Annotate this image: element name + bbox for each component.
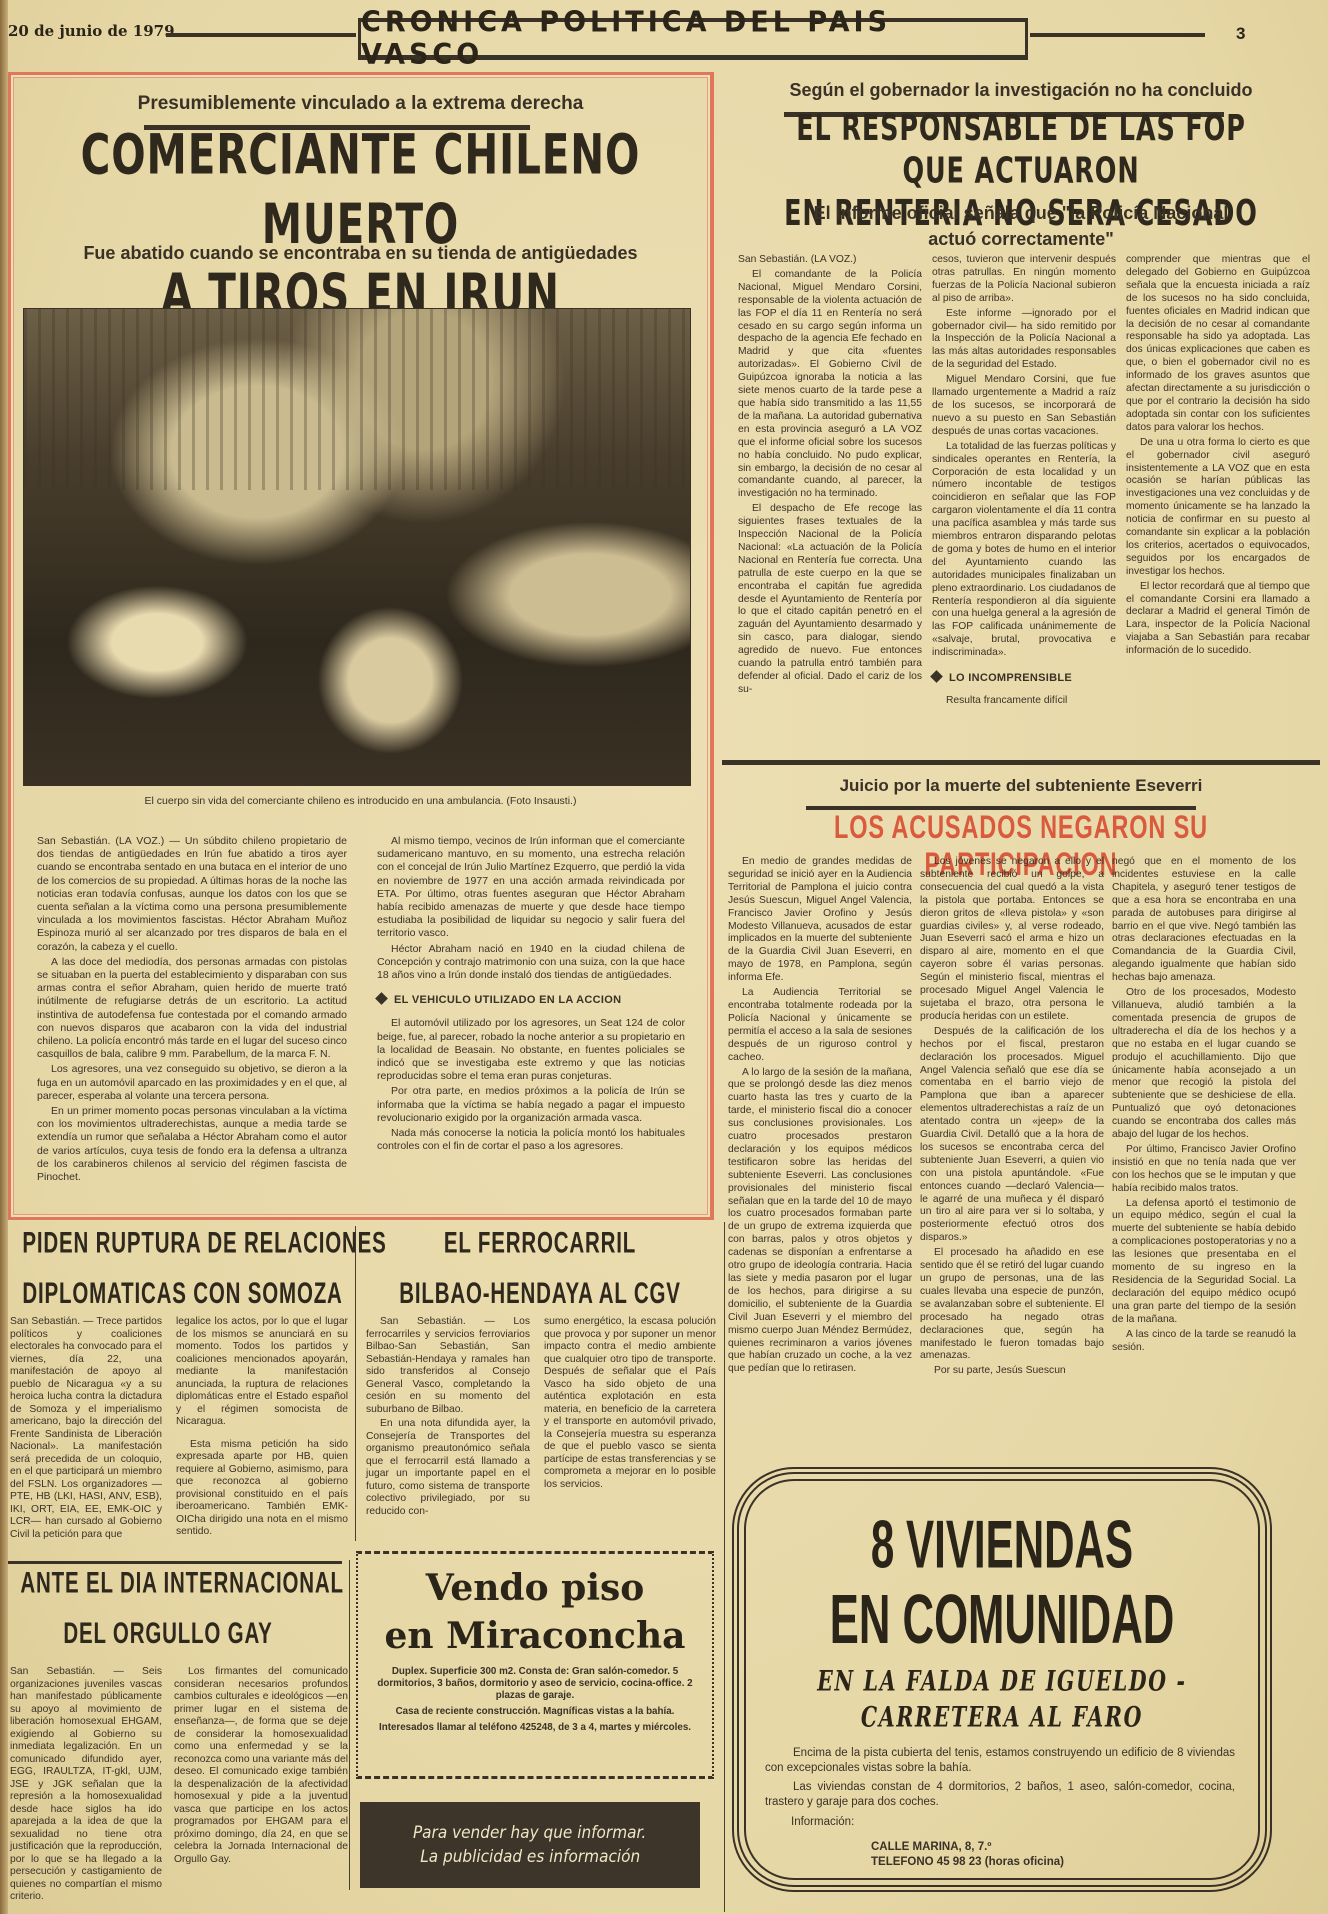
paragraph: A las cinco de la tarde se reanudó la se…: [1112, 1329, 1296, 1355]
masthead-rule-left: [166, 33, 356, 37]
paragraph: A lo largo de la sesión de la mañana, qu…: [728, 1067, 912, 1377]
ad-contact: CALLE MARINA, 8, 7.º TELEFONO 45 98 23 (…: [871, 1840, 1064, 1870]
lead-story-chilean-merchant: Presumiblemente vinculado a la extrema d…: [8, 72, 714, 1220]
ad-title-line: en Miraconcha: [358, 1612, 712, 1660]
paragraph: San Sebastián. — Los ferrocarriles y ser…: [366, 1316, 530, 1416]
paragraph: Nada más conocerse la noticia la policía…: [377, 1127, 685, 1153]
gay-column-2: Los firmantes del comunicado consideran …: [174, 1666, 348, 1868]
paragraph: Después de la calificación de los hechos…: [920, 1026, 1104, 1245]
paragraph: En un primer momento pocas personas vinc…: [37, 1105, 347, 1184]
masthead: 20 de junio de 1979 CRONICA POLITICA DEL…: [8, 18, 1318, 64]
fop-column-2: cesos, tuvieron que intervenir después o…: [932, 254, 1116, 710]
paragraph: El automóvil utilizado por los agresores…: [377, 1017, 685, 1083]
fop-subhead: LO INCOMPRENSIBLE: [932, 672, 1116, 685]
diamond-bullet-icon: [375, 992, 388, 1005]
section-title: CRONICA POLITICA DEL PAIS VASCO: [361, 6, 1025, 71]
paragraph: De una u otra forma lo cierto es que el …: [1126, 437, 1310, 579]
column-divider: [349, 1560, 350, 1890]
section-title-box: CRONICA POLITICA DEL PAIS VASCO: [358, 18, 1028, 60]
trial-column-2: Los jóvenes se negaron a ello y el subte…: [920, 856, 1104, 1380]
headline-line: EL FERROCARRIL: [392, 1218, 687, 1268]
somoza-column-2: legalice los actos, por lo que el lugar …: [176, 1316, 348, 1541]
story-orgullo-gay: ANTE EL DIA INTERNACIONAL DEL ORGULLO GA…: [8, 1566, 348, 1896]
paragraph: legalice los actos, por lo que el lugar …: [176, 1316, 348, 1429]
subhead-text: EL VEHICULO UTILIZADO EN LA ACCION: [394, 994, 621, 1006]
ad-title-line: Vendo piso: [358, 1564, 712, 1612]
issue-date: 20 de junio de 1979: [8, 22, 175, 40]
trial-column-1: En medio de grandes medidas de seguridad…: [728, 856, 912, 1378]
paragraph: En medio de grandes medidas de seguridad…: [728, 856, 912, 985]
paragraph: Por otra parte, en medios próximos a la …: [377, 1085, 685, 1125]
paragraph: Héctor Abraham nació en 1940 en la ciuda…: [377, 943, 685, 983]
ad-phone: TELEFONO 45 98 23 (horas oficina): [871, 1855, 1064, 1870]
story-eseverri-trial: Juicio por la muerte del subteniente Ese…: [722, 766, 1320, 1426]
trial-kicker: Juicio por la muerte del subteniente Ese…: [722, 776, 1320, 796]
caption-text: El cuerpo sin vida del comerciante chile…: [145, 795, 504, 807]
paragraph: La defensa aportó el testimonio de un eq…: [1112, 1198, 1296, 1327]
ad-paragraph: Interesados llamar al teléfono 425248, d…: [376, 1722, 694, 1734]
ad-address: CALLE MARINA, 8, 7.º: [871, 1840, 1064, 1855]
lead-deck: Fue abatido cuando se encontraba en su t…: [11, 243, 710, 264]
trial-column-3: negó que en el momento de los incidentes…: [1112, 856, 1296, 1356]
headline-line: DIPLOMATICAS CON SOMOZA: [22, 1268, 317, 1318]
page-number: 3: [1236, 24, 1245, 44]
lead-column-1: San Sebastián. (LA VOZ.) — Un súbdito ch…: [37, 835, 347, 1186]
ad-body: Encima de la pista cubierta del tenis, e…: [765, 1746, 1235, 1814]
diamond-bullet-icon: [930, 670, 943, 683]
paragraph: Al mismo tiempo, vecinos de Irún informa…: [377, 835, 685, 941]
dateline: San Sebastián. (LA VOZ.): [738, 254, 922, 267]
headline-line: ANTE EL DIA INTERNACIONAL: [20, 1558, 315, 1608]
ferro-column-2: sumo energético, la escasa polución que …: [544, 1316, 716, 1493]
paragraph: San Sebastián. — Seis organizaciones juv…: [10, 1666, 162, 1904]
ad-location-line: EN LA FALDA DE IGUELDO -: [778, 1664, 1225, 1697]
newspaper-page: 20 de junio de 1979 CRONICA POLITICA DEL…: [0, 0, 1328, 1914]
paragraph: En una nota difundida ayer, la Consejerí…: [366, 1418, 530, 1518]
ad-location-line: CARRETERA AL FARO: [778, 1700, 1225, 1733]
photo-texture: [24, 309, 690, 490]
paragraph: comprender que mientras que el delegado …: [1126, 254, 1310, 435]
column-divider: [724, 1222, 725, 1912]
gay-headline: ANTE EL DIA INTERNACIONAL DEL ORGULLO GA…: [20, 1558, 315, 1659]
headline-line: BILBAO-HENDAYA AL CGV: [392, 1268, 687, 1318]
somoza-headline: PIDEN RUPTURA DE RELACIONES DIPLOMATICAS…: [22, 1218, 317, 1319]
lead-subhead: EL VEHICULO UTILIZADO EN LA ACCION: [377, 994, 685, 1007]
ferro-column-1: San Sebastián. — Los ferrocarriles y ser…: [366, 1316, 530, 1520]
paragraph: La totalidad de las fuerzas políticas y …: [932, 441, 1116, 660]
paragraph: Miguel Mendaro Corsini, que fue llamado …: [932, 374, 1116, 439]
headline-line: PIDEN RUPTURA DE RELACIONES: [22, 1218, 317, 1268]
fop-deck: El informe oficial señala que "la Policí…: [722, 200, 1320, 252]
paragraph: Los firmantes del comunicado consideran …: [174, 1666, 348, 1866]
masthead-rule-right: [1030, 33, 1205, 37]
page-binding-edge: [0, 0, 8, 1914]
paragraph: Por su parte, Jesús Suescun: [920, 1365, 1104, 1378]
subhead-text: LO INCOMPRENSIBLE: [949, 672, 1072, 684]
paragraph: El comandante de la Policía Nacional, Mi…: [738, 269, 922, 501]
deck-line: actuó correctamente": [722, 226, 1320, 252]
paragraph: San Sebastián. (LA VOZ.) — Un súbdito ch…: [37, 835, 347, 954]
paragraph: El despacho de Efe recoge las siguientes…: [738, 503, 922, 697]
headline-line: COMERCIANTE CHILENO MUERTO: [53, 120, 668, 259]
ad-info-label: Información:: [791, 1816, 854, 1828]
paragraph: Este informe —ignorado por el gobernador…: [932, 308, 1116, 373]
ad-publicity-banner: Para vender hay que informar. La publici…: [360, 1802, 700, 1888]
ad-paragraph: Las viviendas constan de 4 dormitorios, …: [765, 1780, 1235, 1810]
paragraph: Esta misma petición ha sido expresada ap…: [176, 1439, 348, 1539]
section-divider: [722, 760, 1320, 765]
banner-line: La publicidad es información: [420, 1845, 640, 1869]
photo-caption: El cuerpo sin vida del comerciante chile…: [11, 795, 710, 807]
news-photo-ambulance: [23, 308, 691, 786]
paragraph: Los agresores, una vez conseguido su obj…: [37, 1063, 347, 1103]
somoza-column-1: San Sebastián. — Trece partidos político…: [10, 1316, 162, 1543]
story-somoza: PIDEN RUPTURA DE RELACIONES DIPLOMATICAS…: [8, 1226, 348, 1546]
banner-line: Para vender hay que informar.: [413, 1821, 646, 1845]
ad-paragraph: Duplex. Superficie 300 m2. Consta de: Gr…: [376, 1666, 694, 1702]
paragraph: negó que en el momento de los incidentes…: [1112, 856, 1296, 985]
lead-headline: COMERCIANTE CHILENO MUERTO A TIROS EN IR…: [53, 120, 668, 329]
ad-description: Duplex. Superficie 300 m2. Consta de: Gr…: [358, 1660, 712, 1734]
paragraph: Los jóvenes se negaron a ello y el subte…: [920, 856, 1104, 1024]
story-fop-renteria: Según el gobernador la investigación no …: [722, 72, 1320, 762]
paragraph: El lector recordará que al tiempo que el…: [1126, 581, 1310, 658]
headline-line: EL RESPONSABLE DE LAS FOP QUE ACTUARON: [767, 108, 1275, 193]
paragraph: cesos, tuvieron que intervenir después o…: [932, 254, 1116, 306]
lead-kicker: Presumiblemente vinculado a la extrema d…: [11, 93, 710, 115]
paragraph: La Audiencia Territorial se encontraba t…: [728, 987, 912, 1064]
paragraph: San Sebastián. — Trece partidos político…: [10, 1316, 162, 1541]
ad-paragraph: Encima de la pista cubierta del tenis, e…: [765, 1746, 1235, 1776]
paragraph: El procesado ha añadido en ese sentido q…: [920, 1247, 1104, 1363]
column-divider: [355, 1226, 356, 1541]
ad-8-viviendas: 8 VIVIENDAS EN COMUNIDAD EN LA FALDA DE …: [732, 1467, 1272, 1892]
story-ferrocarril: EL FERROCARRIL BILBAO-HENDAYA AL CGV San…: [360, 1226, 720, 1526]
ferro-headline: EL FERROCARRIL BILBAO-HENDAYA AL CGV: [392, 1218, 687, 1319]
lead-column-2: Al mismo tiempo, vecinos de Irún informa…: [377, 835, 685, 1155]
fop-kicker: Según el gobernador la investigación no …: [722, 80, 1320, 101]
gay-column-1: San Sebastián. — Seis organizaciones juv…: [10, 1666, 162, 1906]
ad-paragraph: Casa de reciente construcción. Magnífica…: [376, 1706, 694, 1718]
ad-vendo-piso: Vendo piso en Miraconcha Duplex. Superfi…: [356, 1551, 714, 1779]
fop-column-1: San Sebastián. (LA VOZ.) El comandante d…: [738, 254, 922, 699]
headline-line: DEL ORGULLO GAY: [20, 1608, 315, 1658]
paragraph: sumo energético, la escasa polución que …: [544, 1316, 716, 1491]
caption-credit: (Foto Insausti.): [506, 795, 576, 807]
paragraph: Resulta francamente difícil: [932, 695, 1116, 708]
paragraph: A las doce del mediodía, dos personas ar…: [37, 956, 347, 1062]
deck-line: El informe oficial señala que "la Policí…: [722, 200, 1320, 226]
paragraph: Otro de los procesados, Modesto Villanue…: [1112, 987, 1296, 1142]
fop-column-3: comprender que mientras que el delegado …: [1126, 254, 1310, 660]
ad-headline-line: EN COMUNIDAD: [797, 1578, 1207, 1659]
ad-headline-line: 8 VIVIENDAS: [797, 1506, 1207, 1584]
paragraph: Por último, Francisco Javier Orofino ins…: [1112, 1144, 1296, 1196]
